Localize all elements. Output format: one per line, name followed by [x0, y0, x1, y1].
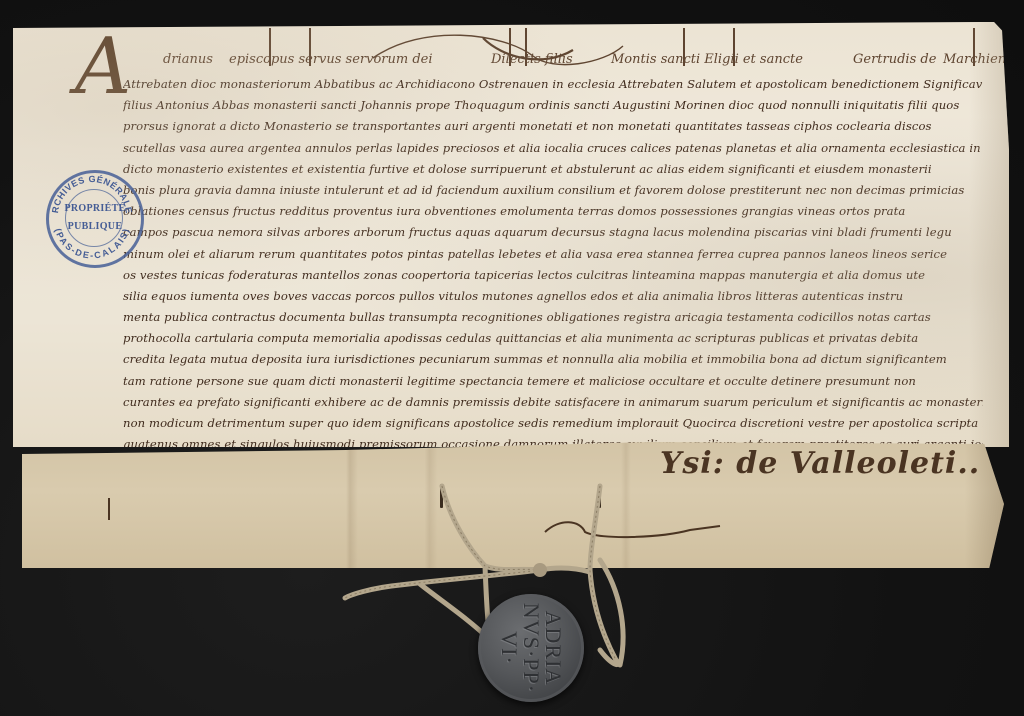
text-line: menta publica contractus documenta bulla… [123, 307, 983, 328]
text-line: os vestes tunicas foderaturas mantellos … [123, 265, 983, 286]
scribe-signature: Ysi: de Valleoleti.. [660, 446, 980, 481]
text-line: filius Antonius Abbas monasterii sancti … [123, 95, 983, 116]
seal-line: VI· [498, 603, 520, 693]
elongated-word: drianus [163, 52, 213, 67]
text-line: tam ratione persone sue quam dicti monas… [123, 371, 983, 392]
parchment-sheet: A drianus episcopus servus servorum dei … [13, 22, 1009, 447]
text-line: campos pascua nemora silvas arbores arbo… [123, 222, 983, 243]
text-line: dicto monasterio existentes et existenti… [123, 159, 983, 180]
stamp-center-line-2: PUBLIQUE [49, 221, 141, 232]
text-line: minum olei et aliarum rerum quantitates … [123, 244, 983, 265]
lead-seal: ADRIA NVS·PP· VI· [478, 594, 584, 702]
signature-flourish-icon [540, 510, 740, 550]
text-line: prorsus ignorat a dicto Monasterio se tr… [123, 116, 983, 137]
text-line: non modicum detrimentum super quo idem s… [123, 413, 983, 434]
document-body-text: Attrebaten dioc monasteriorum Abbatibus … [123, 74, 983, 477]
cord-slit-right [598, 484, 601, 508]
elongated-word: Marchienis [943, 52, 1017, 67]
ascender-stroke [733, 28, 735, 66]
text-line: prothocolla cartularia computa memoriali… [123, 328, 983, 349]
ascender-stroke [973, 28, 975, 66]
registration-mark [108, 498, 110, 520]
ascender-stroke [309, 28, 311, 66]
ascender-stroke [269, 28, 271, 66]
text-line: curantes ea prefato significanti exhiber… [123, 392, 983, 413]
cord-slit-left [440, 484, 443, 508]
text-line: credita legata mutua deposita iura iuris… [123, 349, 983, 370]
elongated-word: Gertrudis de [853, 52, 936, 67]
seal-line: NVS·PP· [520, 603, 542, 693]
ascender-stroke [683, 28, 685, 66]
text-line: oblationes census fructus redditus prove… [123, 201, 983, 222]
archive-stamp: ARCHIVES GÉNÉRALES (PAS-DE-CALAIS) PROPR… [46, 170, 144, 268]
document-photograph: A drianus episcopus servus servorum dei … [0, 0, 1024, 716]
text-line: silia equos iumenta oves boves vaccas po… [123, 286, 983, 307]
text-line: scutellas vasa aurea argentea annulos pe… [123, 138, 983, 159]
stamp-inner-ring [65, 189, 123, 247]
seal-line: ADRIA [542, 603, 564, 693]
stamp-center-line-1: PROPRIÉTÉ [49, 203, 141, 214]
seal-inscription: ADRIA NVS·PP· VI· [498, 603, 564, 693]
text-line: Attrebaten dioc monasteriorum Abbatibus … [123, 74, 983, 95]
flourish-icon [363, 28, 663, 72]
text-line: bonis plura gravia damna iniuste intuler… [123, 180, 983, 201]
elongated-first-line: drianus episcopus servus servorum dei Di… [143, 28, 993, 72]
